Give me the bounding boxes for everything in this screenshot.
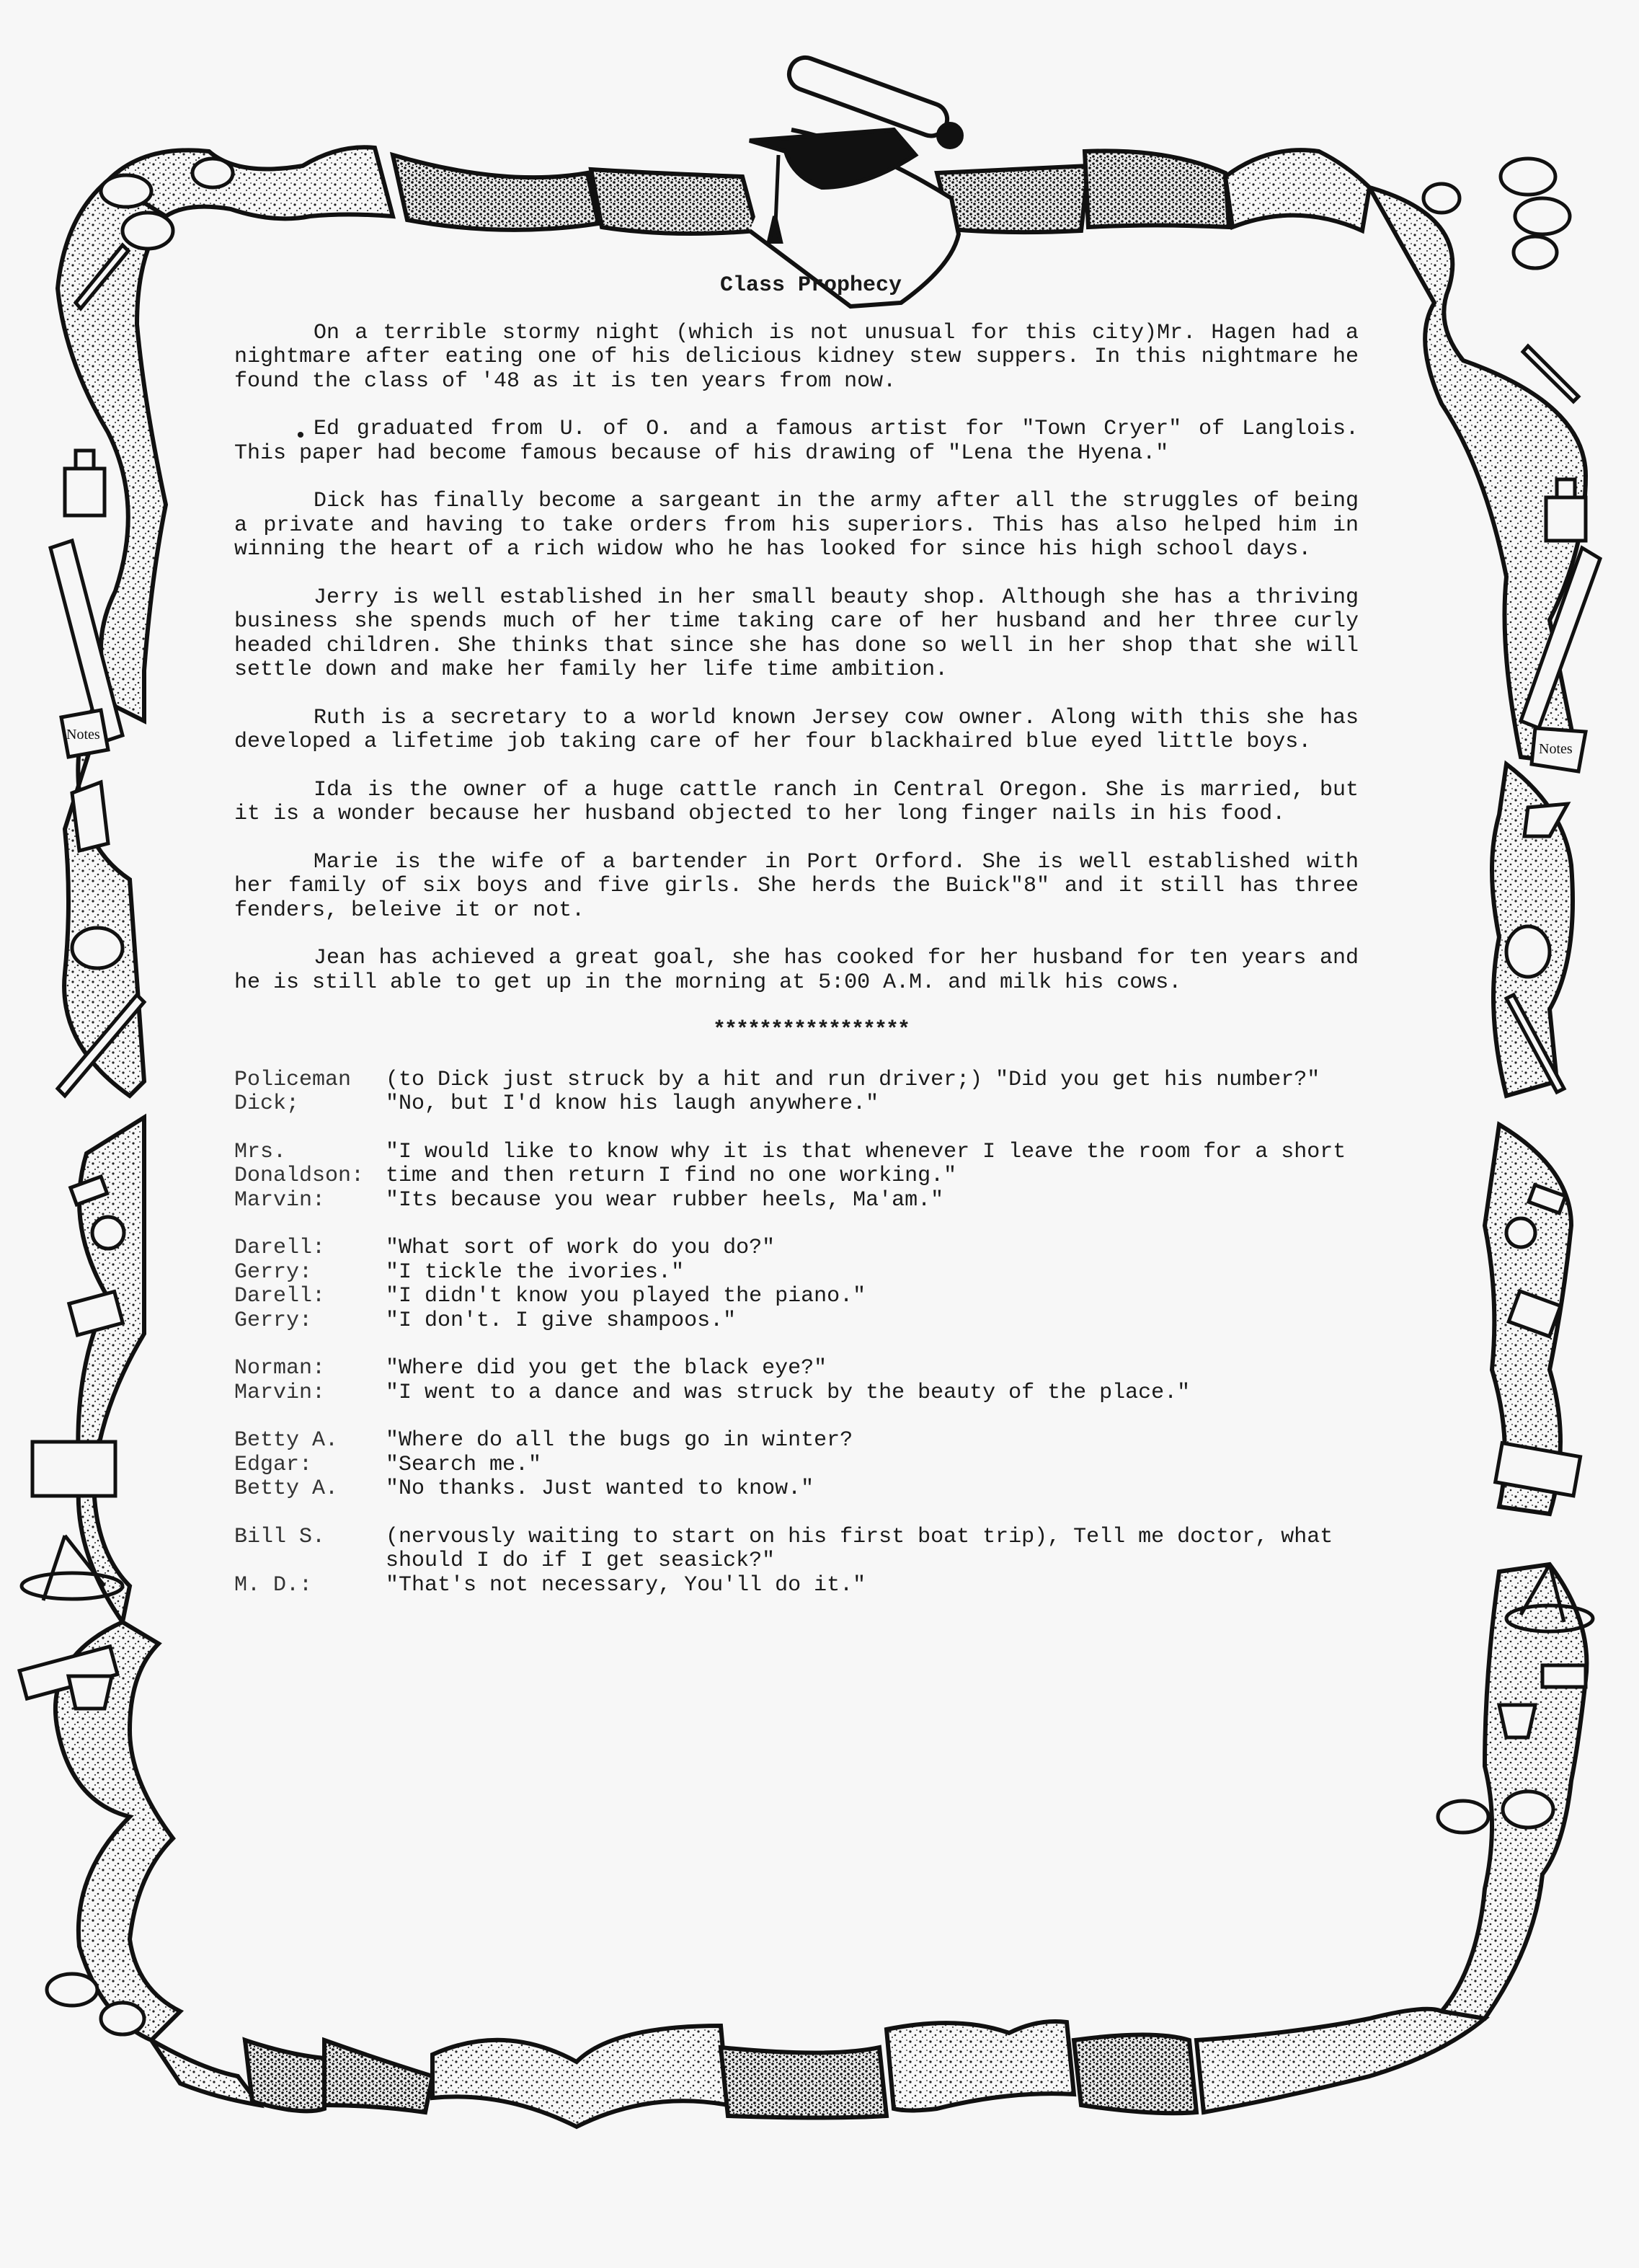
joke-policeman: Policeman(to Dick just struck by a hit a… (234, 1068, 1359, 1117)
jokes-section: Policeman(to Dick just struck by a hit a… (234, 1068, 1359, 1598)
document-body: Class Prophecy • On a terrible stormy ni… (234, 274, 1359, 1621)
book-icon (1542, 1665, 1586, 1687)
right-ribbon (1369, 187, 1586, 2019)
speaker: M. D.: (234, 1574, 386, 1598)
prophecy-jean: Jean has achieved a great goal, she has … (234, 947, 1359, 995)
prophecy-ruth: Ruth is a secretary to a world known Jer… (234, 706, 1359, 755)
prophecy-intro: On a terrible stormy night (which is not… (234, 322, 1359, 394)
notes-icon: Notes (61, 710, 108, 757)
top-ribbon (108, 147, 1369, 234)
speech: "Search me." (386, 1453, 1359, 1478)
speaker: Darell: (234, 1236, 386, 1261)
joke-donaldson: Mrs. Donaldson:"I would like to know why… (234, 1140, 1359, 1213)
apple-icon (1506, 926, 1550, 977)
speech: "Where did you get the black eye?" (386, 1357, 1359, 1381)
speaker: Gerry: (234, 1309, 386, 1334)
joke-bugs: Betty A."Where do all the bugs go in win… (234, 1429, 1359, 1502)
page-title: Class Prophecy (234, 274, 1359, 298)
speaker: Darell: (234, 1285, 386, 1309)
bottom-ribbon (151, 2009, 1485, 2127)
speaker: Bill S. (234, 1525, 386, 1574)
speaker: Marvin: (234, 1189, 386, 1213)
speech: "Its because you wear rubber heels, Ma'a… (386, 1189, 1359, 1213)
speaker: Betty A. (234, 1477, 386, 1502)
speech: "I didn't know you played the piano." (386, 1285, 1359, 1309)
speaker: Edgar: (234, 1453, 386, 1478)
apple-icon (72, 928, 123, 968)
pencil-cup-icon (68, 1676, 112, 1709)
measuring-cup-icon (72, 782, 108, 851)
tool-box-icon (32, 1442, 115, 1496)
speech: "That's not necessary, You'll do it." (386, 1574, 1359, 1598)
graduation-cap-icon (750, 53, 961, 306)
speech: "I tickle the ivories." (386, 1261, 1359, 1285)
speaker: Mrs. Donaldson: (234, 1140, 386, 1189)
award-ribbon-icon (1506, 1218, 1535, 1247)
bullet-mark: • (294, 425, 307, 450)
prophecy-ed: Ed graduated from U. of O. and a famous … (234, 417, 1359, 466)
prophecy-jerry: Jerry is well established in her small b… (234, 586, 1359, 683)
ink-bottle-icon (65, 451, 105, 515)
prophecy-section: On a terrible stormy night (which is not… (234, 322, 1359, 996)
award-ribbon-icon (92, 1217, 124, 1249)
prophecy-ida: Ida is the owner of a huge cattle ranch … (234, 779, 1359, 827)
speaker: Gerry: (234, 1261, 386, 1285)
speech: "I would like to know why it is that whe… (386, 1140, 1359, 1189)
pencil-cup-icon (1499, 1705, 1535, 1737)
speech: "No, but I'd know his laugh anywhere." (386, 1092, 1359, 1117)
speaker: Policeman (234, 1068, 386, 1093)
joke-ivories: Darell:"What sort of work do you do?" Ge… (234, 1236, 1359, 1333)
speech: "What sort of work do you do?" (386, 1236, 1359, 1261)
speaker: Norman: (234, 1357, 386, 1381)
speech: (to Dick just struck by a hit and run dr… (386, 1068, 1359, 1093)
speech: (nervously waiting to start on his first… (386, 1525, 1359, 1574)
notes-icon: Notes (1532, 728, 1586, 771)
joke-seasick: Bill S.(nervously waiting to start on hi… (234, 1525, 1359, 1598)
asterisk-divider: ***************** (234, 1019, 1359, 1043)
prophecy-dick: Dick has finally become a sargeant in th… (234, 490, 1359, 562)
speech: "I went to a dance and was struck by the… (386, 1381, 1359, 1406)
speech: "Where do all the bugs go in winter? (386, 1429, 1359, 1453)
joke-black-eye: Norman:"Where did you get the black eye?… (234, 1357, 1359, 1405)
speaker: Marvin: (234, 1381, 386, 1406)
svg-text:Notes: Notes (1539, 741, 1573, 757)
speech: "I don't. I give shampoos." (386, 1309, 1359, 1334)
speaker: Dick; (234, 1092, 386, 1117)
svg-text:Notes: Notes (66, 727, 100, 743)
speech: "No thanks. Just wanted to know." (386, 1477, 1359, 1502)
speaker: Betty A. (234, 1429, 386, 1453)
prophecy-marie: Marie is the wife of a bartender in Port… (234, 851, 1359, 923)
